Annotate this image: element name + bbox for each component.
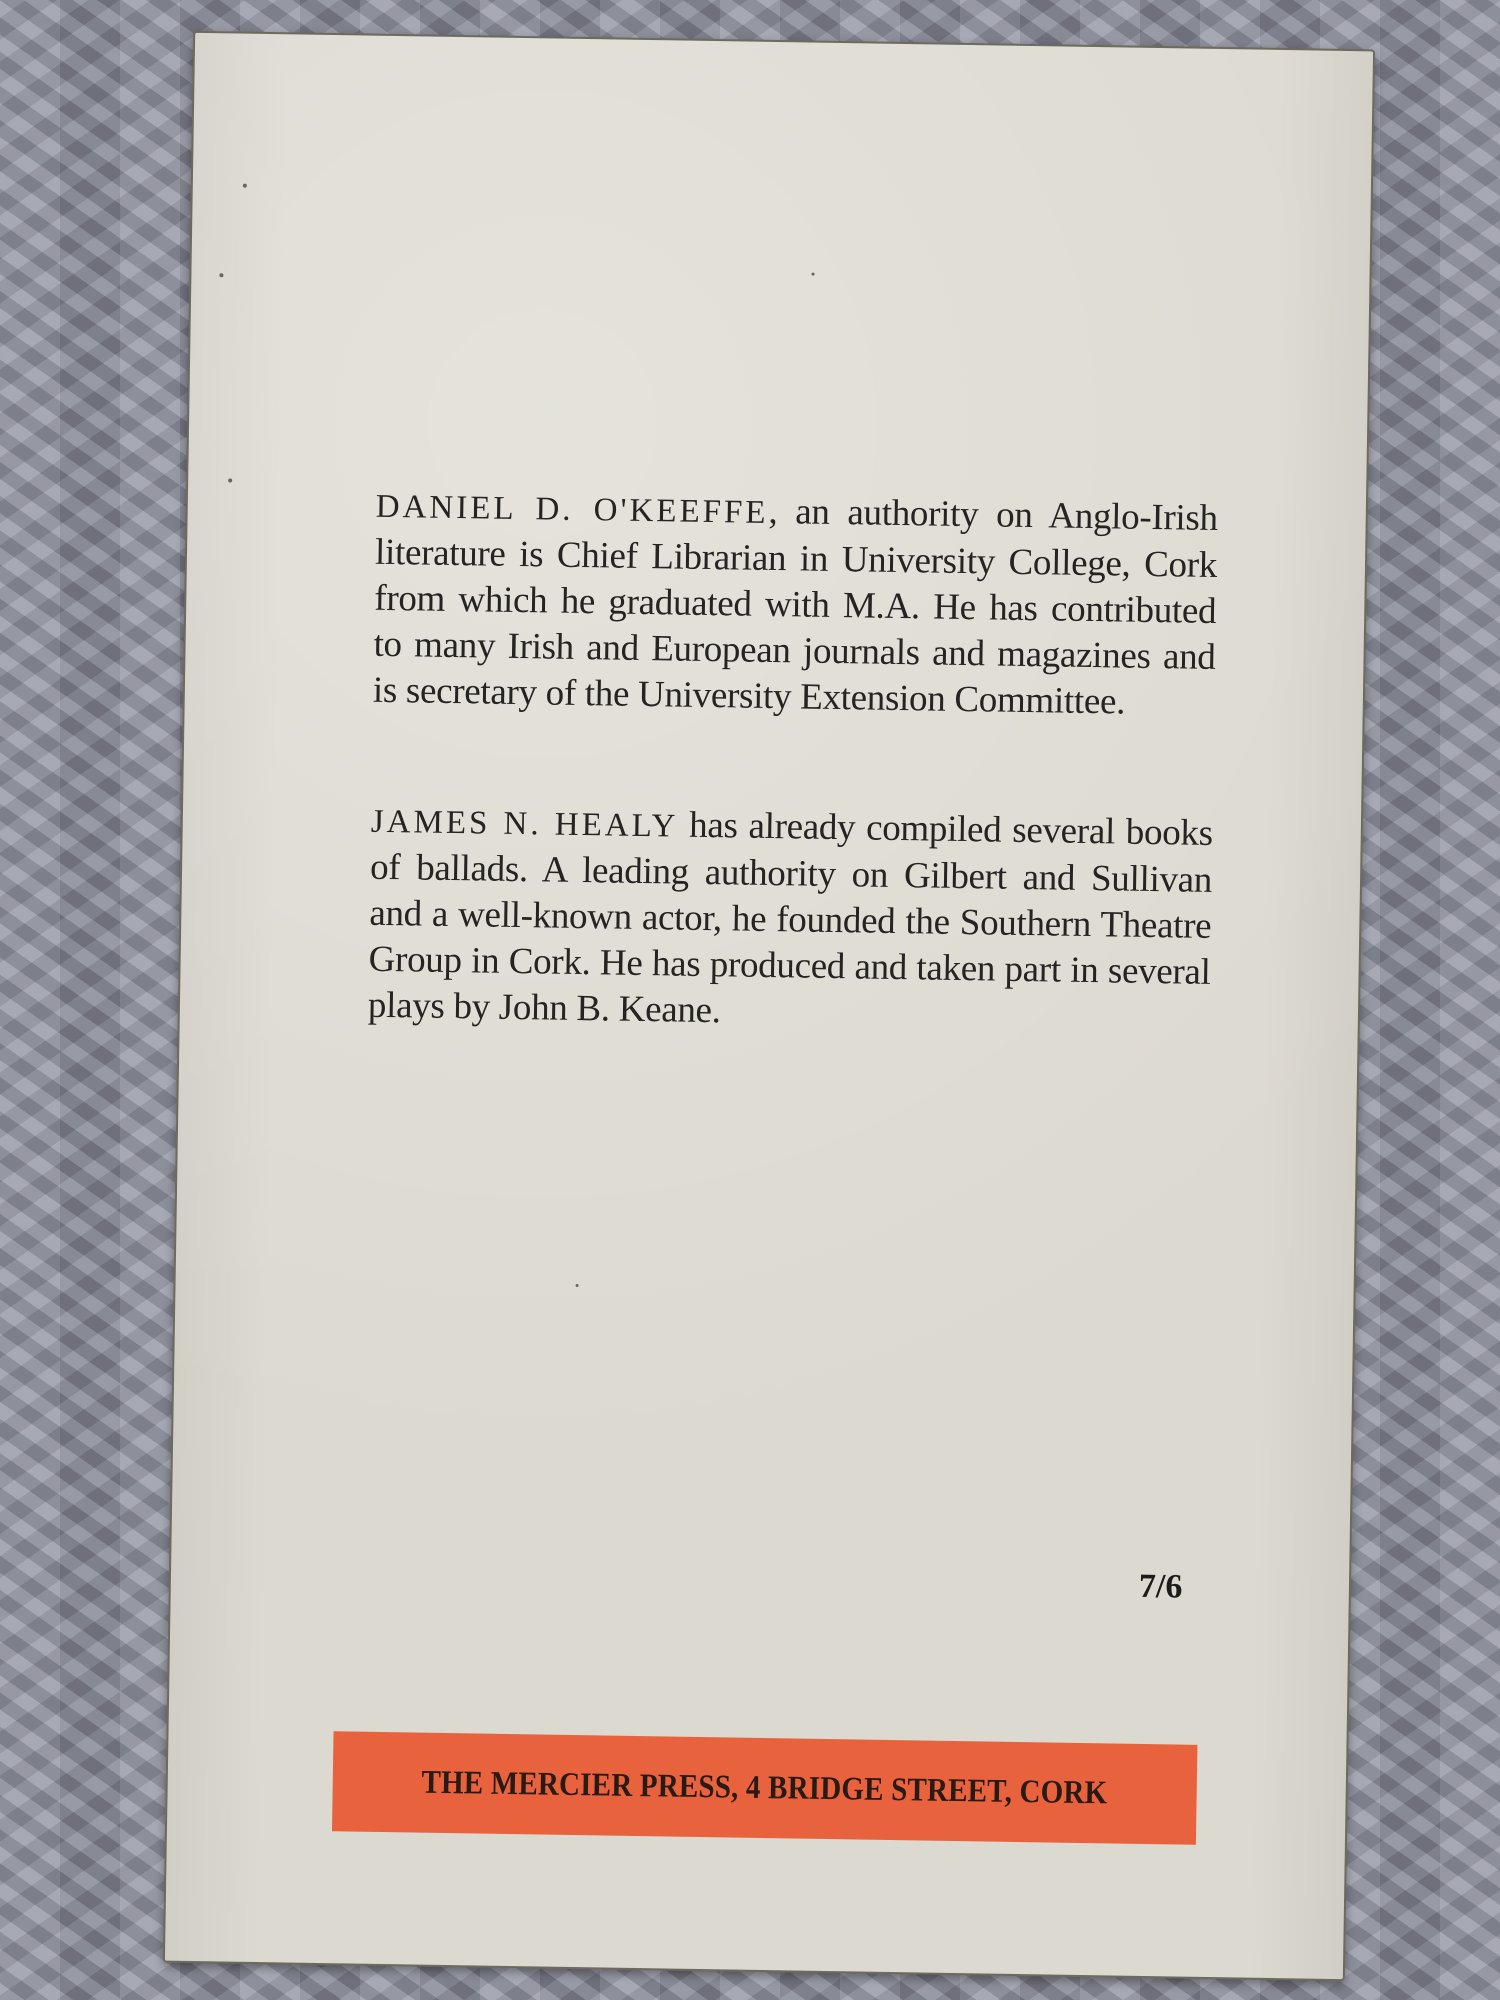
publisher-banner: THE MERCIER PRESS, 4 BRIDGE STREET, CORK bbox=[332, 1731, 1197, 1845]
publisher-text: THE MERCIER PRESS, 4 BRIDGE STREET, CORK bbox=[422, 1764, 1108, 1812]
paper-speck bbox=[576, 1284, 579, 1287]
paper-speck bbox=[811, 273, 814, 276]
author-bio-okeeffe: DANIEL D. O'KEEFFE, an authority on Angl… bbox=[373, 483, 1219, 727]
author-bio-healy: JAMES N. HEALY has already compiled seve… bbox=[368, 798, 1214, 1042]
paper-speck bbox=[219, 273, 223, 277]
paper-speck bbox=[243, 184, 247, 188]
price-label: 7/6 bbox=[1139, 1568, 1183, 1607]
author-name: JAMES N. HEALY bbox=[371, 804, 679, 845]
author-name: DANIEL D. O'KEEFFE bbox=[376, 489, 769, 531]
book-back-cover: DANIEL D. O'KEEFFE, an authority on Angl… bbox=[163, 31, 1375, 1981]
paper-speck bbox=[228, 478, 232, 482]
